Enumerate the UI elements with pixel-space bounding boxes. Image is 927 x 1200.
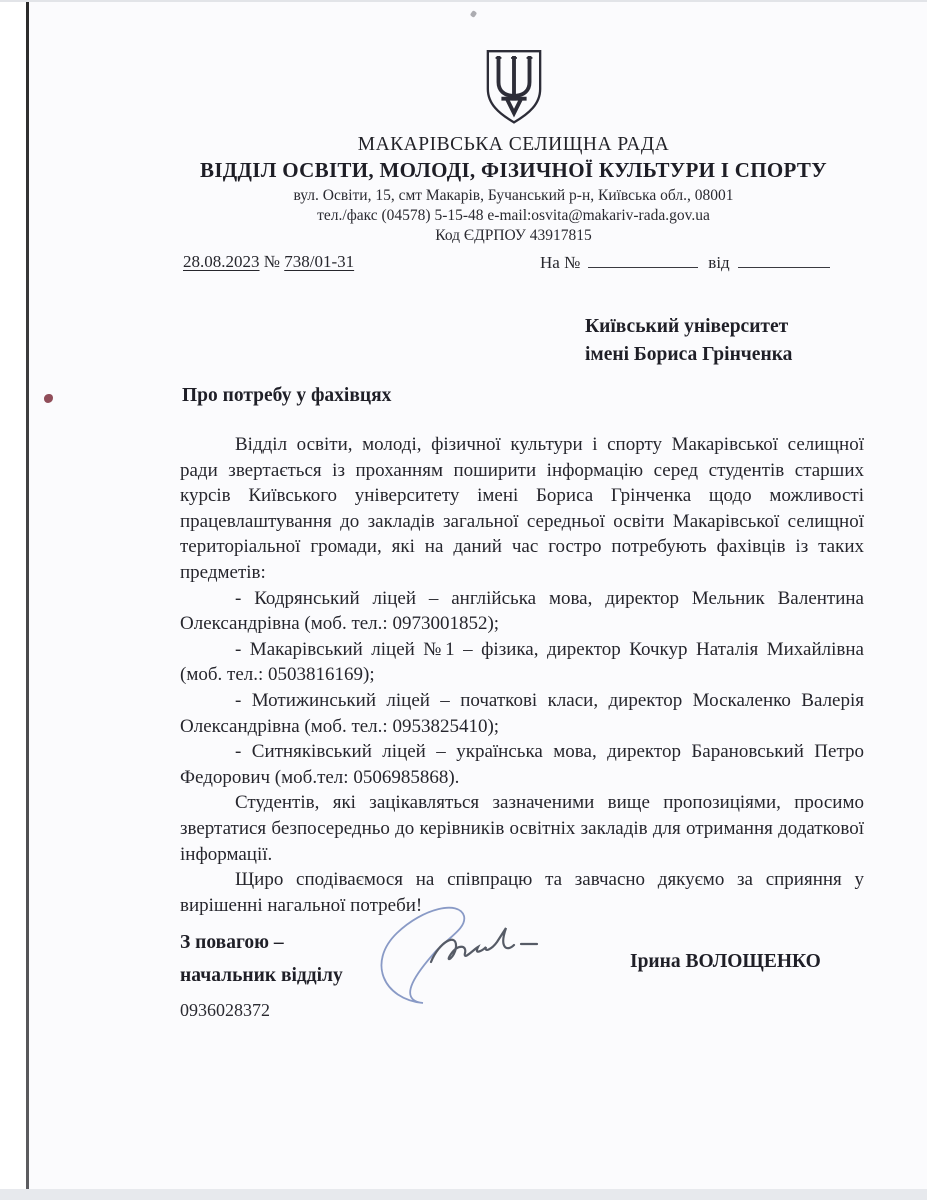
vacancy-list-item: - Макарівський ліцей №1 – фізика, директ… — [180, 637, 864, 688]
signer-name: Ірина ВОЛОЩЕНКО — [630, 951, 821, 973]
letterhead: МАКАРІВСЬКА СЕЛИЩНА РАДА ВІДДІЛ ОСВІТИ, … — [100, 48, 927, 245]
vacancy-list-item: - Кодрянський ліцей – англійська мова, д… — [180, 586, 864, 637]
ukraine-trident-emblem-icon — [483, 48, 545, 126]
org-edrpou-code: Код ЄДРПОУ 43917815 — [100, 227, 927, 245]
letter-date: 28.08.2023 — [183, 252, 260, 271]
handwritten-signature-icon — [365, 900, 570, 1015]
signer-position: начальник відділу — [180, 959, 343, 992]
closing-block: З повагою – начальник відділу — [180, 926, 343, 992]
incoming-reference: На №від — [540, 252, 830, 273]
vacancy-list-item: - Мотижинський ліцей – початкові класи, … — [180, 688, 864, 739]
addressee-block: Київський університет імені Бориса Грінч… — [585, 313, 792, 369]
incoming-date-label: від — [708, 253, 729, 272]
addressee-line-2: імені Бориса Грінченка — [585, 341, 792, 369]
incoming-date-blank — [738, 252, 830, 268]
letter-subject: Про потребу у фахівцях — [182, 385, 391, 407]
outgoing-reference: 28.08.2023 № 738/01-31 — [183, 252, 354, 272]
scan-bottom-edge — [0, 1189, 927, 1200]
org-name: МАКАРІВСЬКА СЕЛИЩНА РАДА — [100, 134, 927, 156]
reference-row: 28.08.2023 № 738/01-31 На №від — [183, 252, 863, 282]
incoming-number-label: На № — [540, 253, 580, 272]
red-ink-mark — [44, 394, 53, 403]
scanned-letter-page: МАКАРІВСЬКА СЕЛИЩНА РАДА ВІДДІЛ ОСВІТИ, … — [0, 0, 927, 1200]
body-paragraph: Відділ освіти, молоді, фізичної культури… — [180, 432, 864, 586]
letter-number: 738/01-31 — [284, 252, 354, 271]
closing-salutation: З повагою – — [180, 926, 343, 959]
scan-page-edge-line — [26, 0, 29, 1200]
addressee-line-1: Київський університет — [585, 313, 792, 341]
org-contact: тел./факс (04578) 5-15-48 e-mail:osvita@… — [100, 207, 927, 225]
scan-speck — [470, 10, 478, 18]
executor-phone: 0936028372 — [180, 1000, 270, 1021]
letter-body: Відділ освіти, молоді, фізичної культури… — [180, 432, 864, 918]
number-sign: № — [264, 252, 280, 271]
scan-top-edge — [0, 0, 927, 2]
body-paragraph: Студентів, які зацікавляться зазначеними… — [180, 790, 864, 867]
vacancy-list-item: - Ситняківський ліцей – українська мова,… — [180, 739, 864, 790]
department-name: ВІДДІЛ ОСВІТИ, МОЛОДІ, ФІЗИЧНОЇ КУЛЬТУРИ… — [100, 158, 927, 183]
incoming-number-blank — [588, 252, 698, 268]
org-address: вул. Освіти, 15, смт Макарів, Бучанський… — [100, 187, 927, 205]
scan-left-margin — [0, 0, 26, 1200]
